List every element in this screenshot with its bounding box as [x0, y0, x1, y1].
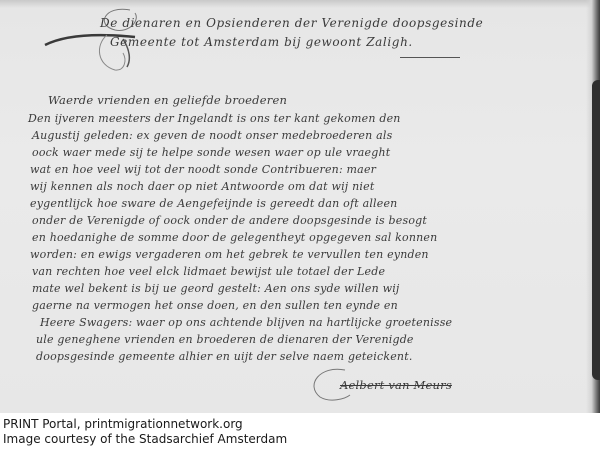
- body-line: gaerne na vermogen het onse doen, en den…: [32, 299, 398, 312]
- body-line: wat en hoe veel wij tot der noodt sonde …: [30, 163, 376, 176]
- body-line: Augustij geleden: ex geven de noodt onse…: [32, 129, 392, 142]
- body-line: oock waer mede sij te helpe sonde wesen …: [32, 146, 390, 159]
- body-line: ule geneghene vrienden en broederen de d…: [36, 333, 414, 346]
- salutation: Waerde vrienden en geliefde broederen: [48, 93, 287, 107]
- body-line: wij kennen als noch daer op niet Antwoor…: [30, 180, 374, 193]
- image-caption: PRINT Portal, printmigrationnetwork.org …: [3, 417, 287, 447]
- heading-underline: [400, 57, 460, 58]
- heading-line: De dienaren en Opsienderen der Verenigde…: [100, 16, 483, 30]
- body-line: onder de Verenigde of oock onder de ande…: [32, 214, 427, 227]
- body-line: worden: en ewigs vergaderen om het gebre…: [30, 248, 429, 261]
- caption-source: PRINT Portal, printmigrationnetwork.org: [3, 417, 287, 432]
- heading-line: Gemeente tot Amsterdam bij gewoont Zalig…: [110, 35, 413, 49]
- signature-flourish-icon: [300, 365, 360, 405]
- body-line: mate wel bekent is bij ue geord gestelt:…: [32, 282, 400, 295]
- body-line: Den ijveren meesters der Ingelandt is on…: [28, 112, 401, 125]
- page-edge-dark: [592, 80, 600, 380]
- body-line: Heere Swagers: waer op ons achtende blij…: [40, 316, 452, 329]
- manuscript-scan: De dienaren en Opsienderen der Verenigde…: [0, 0, 600, 413]
- body-line: en hoedanighe de somme door de gelegenth…: [32, 231, 437, 244]
- body-line: doopsgesinde gemeente alhier en uijt der…: [36, 350, 413, 363]
- caption-credit: Image courtesy of the Stadsarchief Amste…: [3, 432, 287, 447]
- body-line: eygentlijck hoe sware de Aengefeijnde is…: [30, 197, 397, 210]
- body-line: van rechten hoe veel elck lidmaet bewijs…: [32, 265, 385, 278]
